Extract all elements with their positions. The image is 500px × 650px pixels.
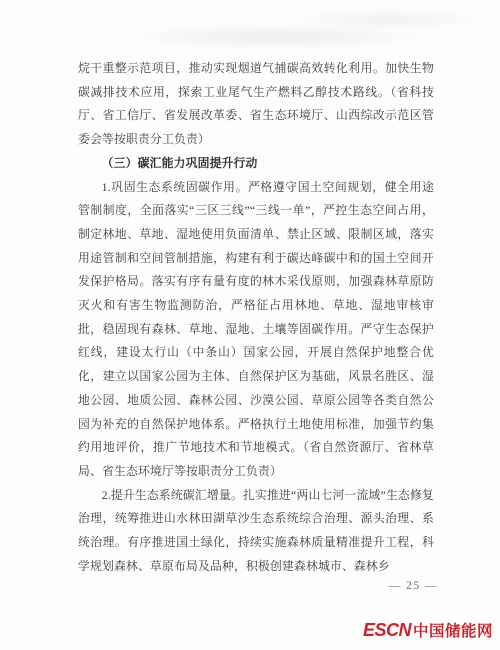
document-page: 烷干重整示范项目，推动实现烟道气捕碳高效转化利用。加快生物碳减排技术应用，探索工… — [0, 0, 500, 650]
document-body: 烷干重整示范项目，推动实现烟道气捕碳高效转化利用。加快生物碳减排技术应用，探索工… — [78, 57, 434, 578]
paragraph-item-1: 1.巩固生态系统固碳作用。严格遵守国土空间规划，健全用途管制制度，全面落实“三区… — [78, 176, 434, 484]
escn-logo-cjk: 中国储能网 — [413, 623, 493, 640]
paragraph-item-2: 2.提升生态系统碳汇增量。扎实推进“两山七河一流域”生态修复治理，统筹推进山水林… — [78, 484, 434, 579]
section-heading: （三）碳汇能力巩固提升行动 — [78, 152, 434, 176]
page-number: — 25 — — [389, 580, 438, 592]
escn-watermark-logo: ESCN中国储能网 — [363, 619, 493, 643]
page-showthrough-artifact — [110, 6, 480, 50]
escn-logo-latin: ESCN — [363, 620, 411, 640]
paragraph-continuation: 烷干重整示范项目，推动实现烟道气捕碳高效转化利用。加快生物碳减排技术应用，探索工… — [78, 57, 434, 152]
